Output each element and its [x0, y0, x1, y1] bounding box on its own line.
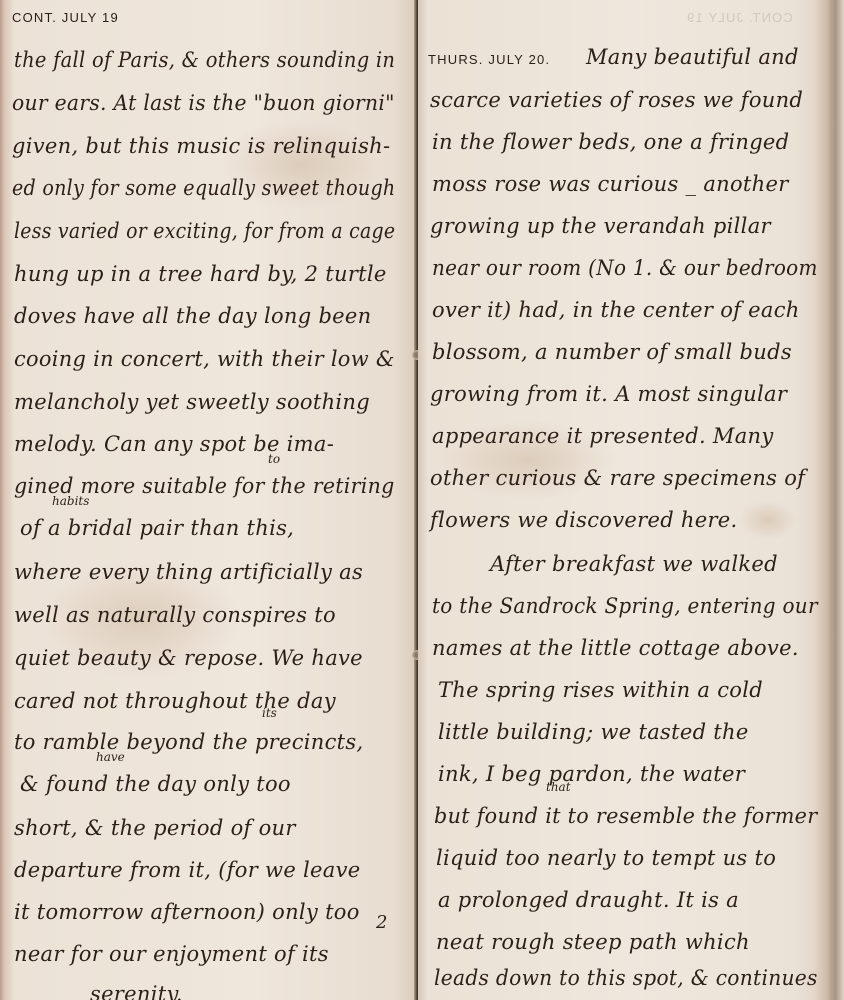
- handwritten-line: scarce varieties of roses we found: [430, 88, 803, 112]
- insertion-mark: habits: [52, 494, 89, 508]
- handwritten-line: & found the day only too: [20, 772, 291, 796]
- insertion-mark: its: [262, 706, 277, 720]
- handwritten-line: in the flower beds, one a fringed: [432, 130, 789, 154]
- handwritten-line: melody. Can any spot be ima-: [14, 432, 334, 456]
- handwritten-line: well as naturally conspires to: [14, 603, 336, 627]
- handwritten-line: leads down to this spot, & continues: [434, 966, 818, 990]
- ghost-header-showthrough: CONT. JULY 19: [686, 10, 793, 25]
- handwritten-line: less varied or exciting, for from a cage: [14, 219, 395, 243]
- paper-stain: [738, 500, 798, 540]
- handwritten-line: short, & the period of our: [14, 816, 296, 840]
- handwritten-line: serenity.: [90, 982, 183, 1000]
- handwritten-line: to ramble beyond the precincts,: [14, 730, 363, 754]
- handwritten-line: given, but this music is relinquish-: [12, 134, 390, 158]
- handwritten-line: little building; we tasted the: [438, 720, 749, 744]
- handwritten-line: departure from it, (for we leave: [14, 858, 360, 882]
- handwritten-line: liquid too nearly to tempt us to: [436, 846, 776, 870]
- handwritten-line: where every thing artificially as: [14, 560, 363, 584]
- handwritten-line: a prolonged draught. It is a: [438, 888, 739, 912]
- handwritten-line: it tomorrow afternoon) only too: [14, 900, 360, 924]
- handwritten-line: blossom, a number of small buds: [432, 340, 792, 364]
- handwritten-line: quiet beauty & repose. We have: [14, 646, 363, 670]
- insertion-mark: to: [268, 452, 280, 466]
- handwritten-line: near our room (No 1. & our bedroom: [432, 256, 818, 280]
- handwritten-line: near for our enjoyment of its: [14, 942, 329, 966]
- handwritten-line: hung up in a tree hard by, 2 turtle: [14, 262, 387, 286]
- handwritten-line: neat rough steep path which: [436, 930, 750, 954]
- handwritten-line: moss rose was curious _ another: [432, 172, 789, 196]
- insertion-mark: have: [96, 750, 125, 764]
- handwritten-line: flowers we discovered here.: [430, 508, 738, 532]
- handwritten-line: cared not throughout the day: [14, 689, 336, 713]
- handwritten-line: ink, I beg pardon, the water: [438, 762, 745, 786]
- page-edge: [830, 0, 832, 1000]
- page-header-date: THURS. JULY 20.: [428, 52, 550, 67]
- page-header-date: CONT. JULY 19: [12, 10, 119, 25]
- handwritten-line: to the Sandrock Spring, entering our: [432, 594, 818, 618]
- handwritten-line: growing up the verandah pillar: [430, 214, 771, 238]
- handwritten-line: After breakfast we walked: [490, 552, 778, 576]
- handwritten-line: doves have all the day long been: [14, 304, 371, 328]
- page-number: 2: [376, 912, 387, 933]
- handwritten-line: names at the little cottage above.: [432, 636, 799, 660]
- handwritten-line: ed only for some equally sweet though: [12, 176, 395, 200]
- handwritten-line: but found it to resemble the former: [434, 804, 817, 828]
- handwritten-line: Many beautiful and: [586, 45, 799, 69]
- left-page: CONT. JULY 19 the fall of Paris, & other…: [0, 0, 418, 1000]
- handwritten-line: our ears. At last is the "buon giorni": [12, 91, 395, 115]
- handwritten-line: the fall of Paris, & others sounding in: [14, 48, 395, 72]
- insertion-mark: that: [546, 780, 571, 794]
- handwritten-line: over it) had, in the center of each: [432, 298, 800, 322]
- handwritten-line: other curious & rare specimens of: [430, 466, 805, 490]
- notebook-spread: CONT. JULY 19 the fall of Paris, & other…: [0, 0, 844, 1000]
- handwritten-line: growing from it. A most singular: [430, 382, 787, 406]
- handwritten-line: appearance it presented. Many: [432, 424, 774, 448]
- handwritten-line: of a bridal pair than this,: [20, 516, 294, 540]
- handwritten-line: cooing in concert, with their low &: [14, 347, 395, 371]
- handwritten-line: melancholy yet sweetly soothing: [14, 390, 370, 414]
- handwritten-line: The spring rises within a cold: [438, 678, 763, 702]
- right-page: CONT. JULY 19 THURS. JULY 20. Many beaut…: [418, 0, 844, 1000]
